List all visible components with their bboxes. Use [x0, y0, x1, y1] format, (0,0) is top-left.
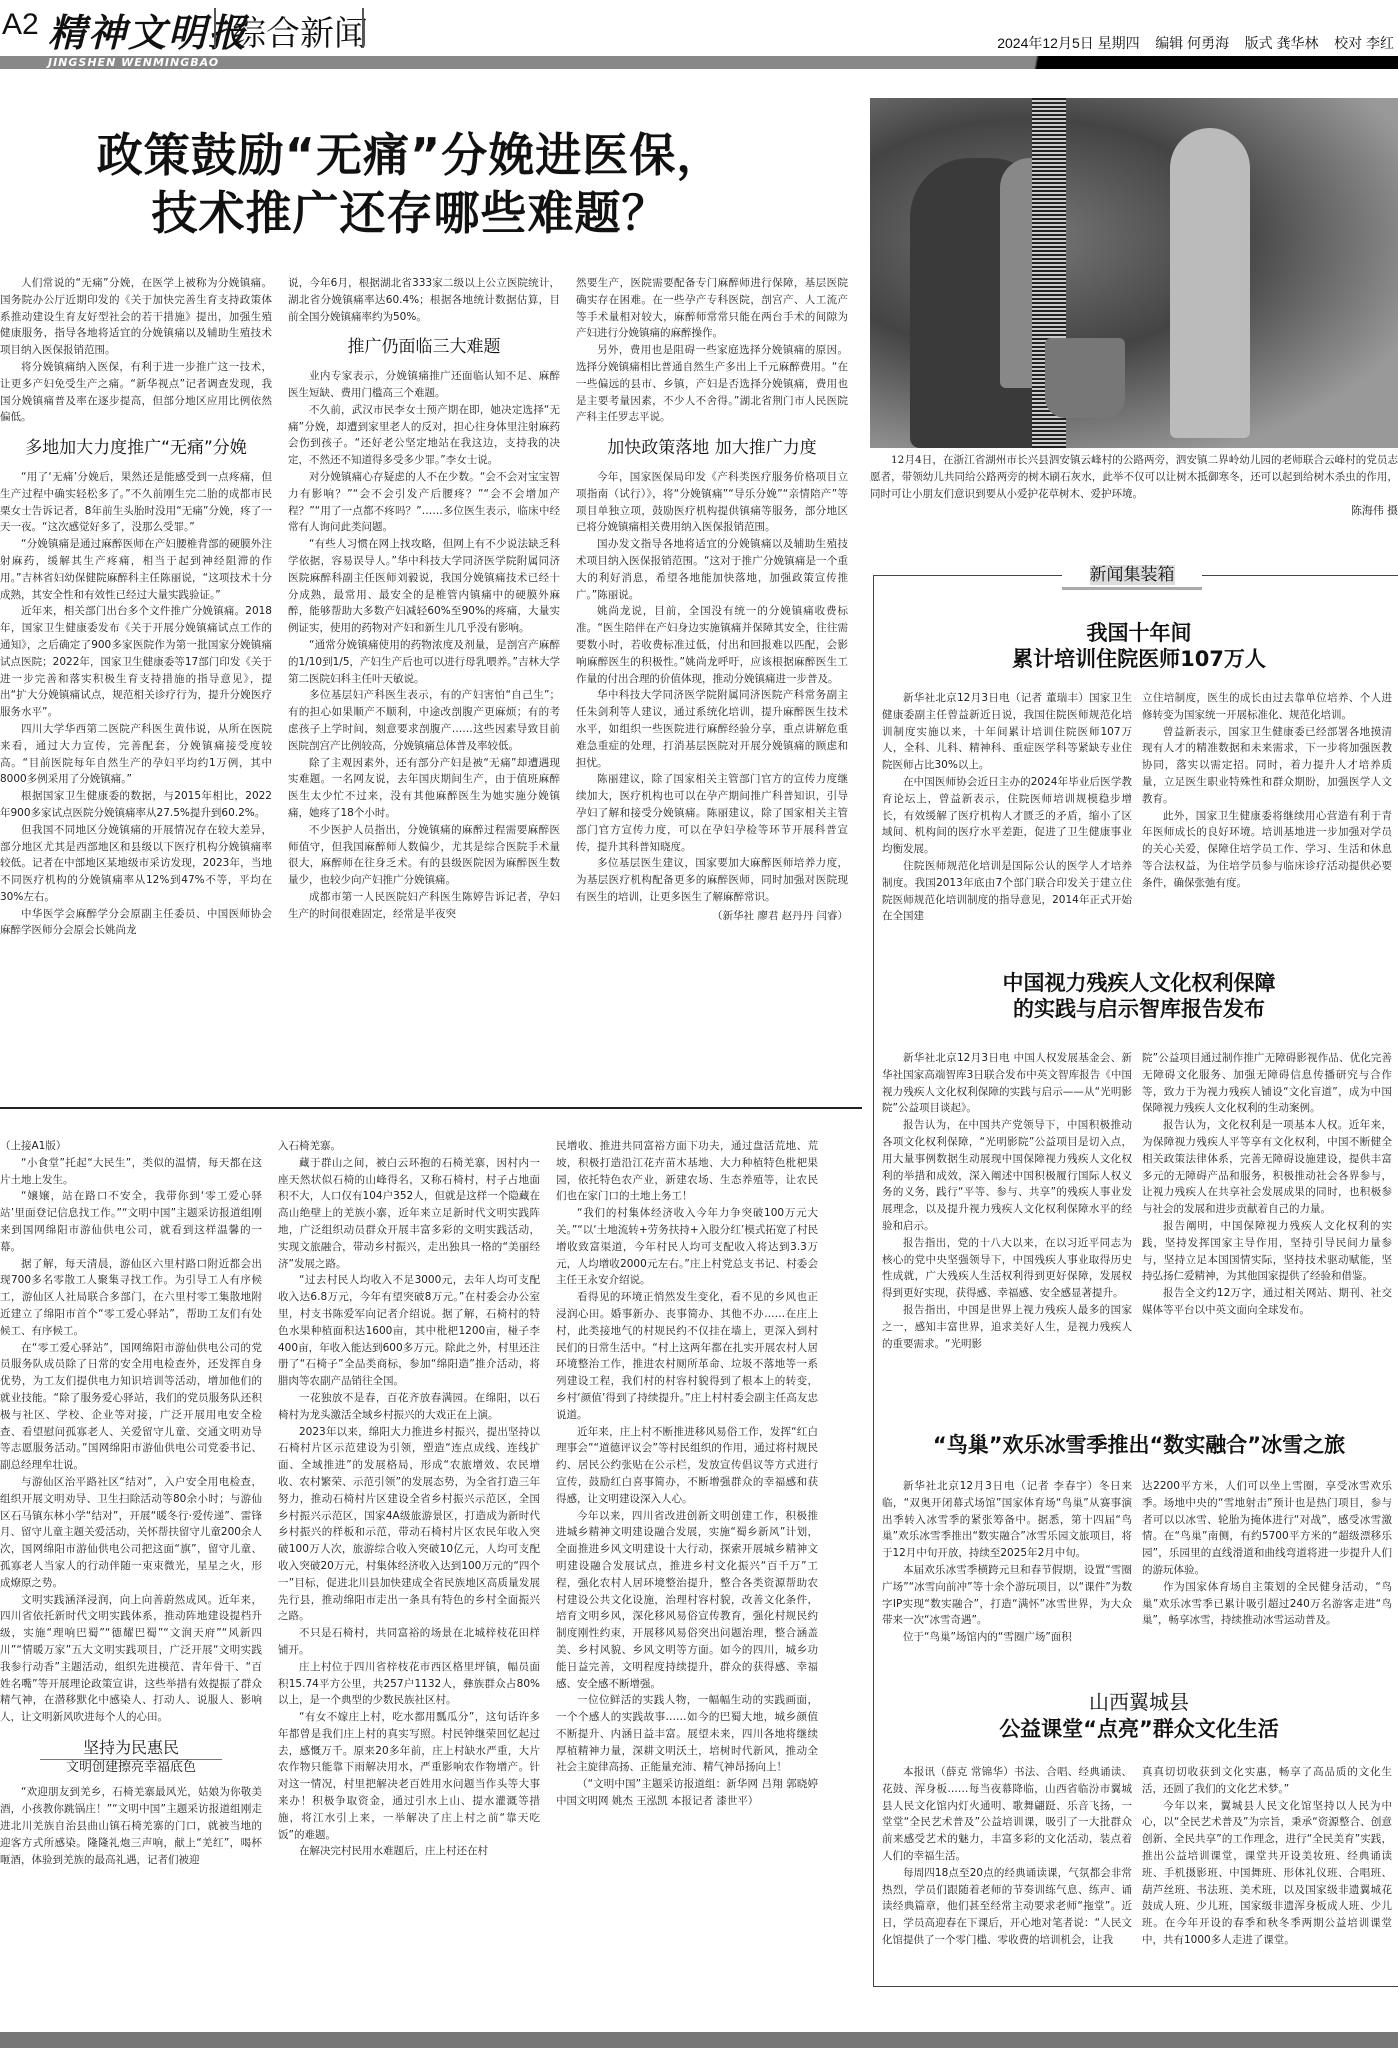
section-title: 综合新闻 — [232, 6, 368, 55]
photo-bucket — [1045, 338, 1125, 418]
news-box-label: 新闻集装箱 — [1062, 560, 1202, 590]
paragraph: 一花独放不是春，百花齐放春满园。在绵阳，以石椅村为龙头激活全域乡村振兴的大戏正在… — [278, 1390, 540, 1424]
box-article-4-title: 公益课堂“点亮”群众文化生活 — [880, 1716, 1398, 1742]
paragraph: 据了解，每天清晨，游仙区六里村路口附近都会出现700多名零散工人聚集寻找工作。为… — [0, 1256, 262, 1340]
paragraph: 新华社北京12月3日电 中国人权发展基金会、新华社国家高端智库3日联合发布中英文… — [882, 1050, 1132, 1117]
footer-bar — [0, 2032, 1398, 2048]
paragraph: “我们的村集体经济收入今年力争突破100万元大关。”“以‘土地流转+劳务扶持+入… — [556, 1205, 818, 1289]
paragraph: 今年以来，翼城县人民文化馆坚持以人民为中心，以“全民艺术普及”为宗旨，秉承“资源… — [1142, 1798, 1392, 1949]
box-article-4-col-1: 本报讯（薛克 常锦华）书法、合唱、经典诵读、花鼓、浑身板……每当夜幕降临，山西省… — [882, 1764, 1132, 1982]
paragraph: “有女不嫁庄上村，吃水都用瓢瓜分”，这句话许多年都曾是我们庄上村的真实写照。村民… — [278, 1709, 540, 1843]
title-line: 的实践与启示智库报告发布 — [880, 996, 1398, 1022]
box-article-1-col-1: 新华社北京12月3日电（记者 董瑞丰）国家卫生健康委副主任曾益新近日说，我国住院… — [882, 690, 1132, 960]
paragraph: 根据国家卫生健康委的数据，与2015年相比，2022年900多家试点医院分娩镇痛… — [0, 788, 272, 822]
paragraph: 多位基层妇产科医生表示，有的产妇害怕“自己生”；有的担心如果顺产不顺利，中途改剖… — [288, 687, 560, 754]
paragraph: 一位位鲜活的实践人物，一幅幅生动的实践画面，一个个感人的实践故事……如今的巴蜀大… — [556, 1692, 818, 1776]
title-line: 我国十年间 — [880, 620, 1398, 646]
section-divider — [0, 1107, 862, 1109]
newspaper-logo: 精神文明报 — [48, 2, 248, 57]
box-article-3-col-1: 新华社北京12月3日电（记者 李春宇）冬日来临，“双奥开闭幕式场馆”国家体育场“… — [882, 1478, 1132, 1678]
lead-column-3: 然要生产，医院需要配备专门麻醉师进行保障，基层医院确实存在困难。在一些孕产专科医… — [576, 275, 848, 1065]
paragraph: 将分娩镇痛纳入医保，有利于进一步推广这一技术，让更多产妇免受生产之痛。“新华视点… — [0, 359, 272, 426]
paragraph: 报告认为，文化权利是一项基本人权。近年来，为保障视力残疾人平等享有文化权利，中国… — [1142, 1117, 1392, 1218]
paragraph: 达2200平方米，人们可以坐上雪圈，享受冰雪欢乐季。场地中央的“雪地射击”预计也… — [1142, 1478, 1392, 1579]
paragraph: “欢迎朋友到羌乡，石椅羌寨最风光，姑娘为你敬美酒，小孩教你跳锅庄！”“文明中国”… — [0, 1784, 262, 1868]
paragraph: 陈丽建议，除了国家相关主管部门官方的宣传力度继续加大，医疗机构也可以在孕产期间推… — [576, 771, 848, 855]
article-byline: （新华社 廖君 赵丹丹 闫睿） — [576, 908, 848, 925]
box-article-3-col-2: 达2200平方米，人们可以坐上雪圈，享受冰雪欢乐季。场地中央的“雪地射击”预计也… — [1142, 1478, 1392, 1678]
masthead-divider — [362, 8, 364, 48]
paragraph: 国办发文指导各地将适宜的分娩镇痛以及辅助生殖技术项目纳入医保报销范围。“这对于推… — [576, 536, 848, 603]
paragraph: 2023年以来，绵阳大力推进乡村振兴，提出坚持以石椅村片区示范建设为引领，塑造“… — [278, 1424, 540, 1626]
box-article-4-kicker: 山西翼城县 — [880, 1690, 1398, 1714]
lead-column-1: 人们常说的“无痛”分娩，在医学上被称为分娩镇痛。国务院办公厅近期印发的《关于加快… — [0, 275, 272, 1065]
subheading: 多地加大力度推广“无痛”分娩 — [0, 440, 272, 457]
paragraph: “分娩镇痛是通过麻醉医师在产妇腰椎背部的硬膜外注射麻药，缓解其生产疼痛，相当于起… — [0, 536, 272, 603]
paragraph: 不只是石椅村，共同富裕的场景在北城梓枝花田样铺开。 — [278, 1625, 540, 1659]
box-article-1-col-2: 立住培制度，医生的成长由过去靠单位培养、个人进修转变为国家统一开展标准化、规范化… — [1142, 690, 1392, 960]
paragraph: 新华社北京12月3日电（记者 李春宇）冬日来临，“双奥开闭幕式场馆”国家体育场“… — [882, 1478, 1132, 1562]
paragraph: 但我国不同地区分娩镇痛的开展情况存在较大差异，部分地区尤其是西部地区和县级以下医… — [0, 822, 272, 906]
paragraph: 四川大学华西第二医院产科医生黄伟说，从所在医院来看，通过大力宣传，完善配套，分娩… — [0, 721, 272, 788]
box-article-3-title: “鸟巢”欢乐冰雪季推出“数实融合”冰雪之旅 — [880, 1432, 1398, 1458]
lead-headline: 政策鼓励“无痛”分娩进医保， 技术推广还存哪些难题？ — [60, 126, 760, 242]
paragraph: 真真切切收获到文化实惠，畅享了高品质的文化生活，还圆了我们的文化艺术梦。” — [1142, 1764, 1392, 1798]
lower-column-2: 入石椅羌寨。 藏于群山之间，被白云环抱的石椅羌寨，因村内一座天然状似石椅的山峰得… — [278, 1138, 540, 2028]
layout-designer: 版式 龚华林 — [1245, 35, 1319, 51]
subheading: 推广仍面临三大难题 — [288, 339, 560, 356]
paragraph: 每周四18点至20点的经典诵读课，气氛都会非常热烈，学员们跟随着老师的节奏训练气… — [882, 1865, 1132, 1949]
continued-from-label: （上接A1版） — [0, 1138, 262, 1155]
box-article-4-col-2: 真真切切收获到文化实惠，畅享了高品质的文化生活，还圆了我们的文化艺术梦。” 今年… — [1142, 1764, 1392, 1982]
masthead-divider — [214, 8, 216, 48]
paragraph: 藏于群山之间，被白云环抱的石椅羌寨，因村内一座天然状似石椅的山峰得名，又称石椅村… — [278, 1155, 540, 1273]
paragraph: 作为国家体育场自主策划的全民健身活动，“鸟巢”欢乐冰雪季已累计吸引超过240万名… — [1142, 1579, 1392, 1629]
paragraph: “过去村民人均收入不足3000元，去年人均可支配收入达6.8万元，今年有望突破8… — [278, 1272, 540, 1390]
box-article-2-title: 中国视力残疾人文化权利保障 的实践与启示智库报告发布 — [880, 970, 1398, 1022]
photo-caption: 12月4日，在浙江省湖州市长兴县泗安镇云峰村的公路两旁，泗安镇二界岭幼儿园的老师… — [870, 452, 1398, 520]
paragraph: 院”公益项目通过制作推广无障碍影视作品、优化完善无障碍文化服务、加强无障碍信息传… — [1142, 1050, 1392, 1117]
paragraph: 新华社北京12月3日电（记者 董瑞丰）国家卫生健康委副主任曾益新近日说，我国住院… — [882, 690, 1132, 774]
paragraph: 另外，费用也是阻碍一些家庭选择分娩镇痛的原因。选择分娩镇痛相比普通自然生产多出上… — [576, 342, 848, 426]
paragraph: 不少医护人员指出，分娩镇痛的麻醉过程需要麻醉医师值守，但我国麻醉师人数偏少，尤其… — [288, 822, 560, 889]
photo-credit: 陈海伟 摄 — [870, 503, 1398, 520]
editor: 编辑 何勇海 — [1155, 35, 1229, 51]
paragraph: 报告全文约12万字，通过相关网站、期刊、社交媒体等平台以中英文面向全球发布。 — [1142, 1285, 1392, 1319]
paragraph: 说，今年6月，根据湖北省333家二级以上公立医院统计，湖北省分娩镇痛率达60.4… — [288, 275, 560, 325]
paragraph: 姚尚龙说，目前，全国没有统一的分娩镇痛收费标准。“医生陪伴在产妇身边实施镇痛并保… — [576, 603, 848, 687]
paragraph: 入石椅羌寨。 — [278, 1138, 540, 1155]
paragraph: 多位基层医生建议，国家要加大麻醉医师培养力度，为基层医疗机构配备更多的麻醉医师，… — [576, 855, 848, 905]
paragraph: 与游仙区治平路社区“结对”，入户安全用电检查，组织开展文明劝导、卫生扫除活动等8… — [0, 1474, 262, 1592]
paragraph: “通常分娩镇痛使用的药物浓度及剂量，是剖宫产麻醉的1/10到1/5，产妇生产后也… — [288, 637, 560, 687]
paragraph: 华中科技大学同济医学院附属同济医院产科常务副主任朱剑利等人建议，通过系统化培训，… — [576, 687, 848, 771]
paragraph: 民增收、推进共同富裕方面下功夫，通过盘活荒地、荒坡，积极打造沿江花卉苗木基地、大… — [556, 1138, 818, 1205]
paragraph: 中华医学会麻醉学分会原副主任委员、中国医师协会麻醉学医师分会原会长姚尚龙 — [0, 906, 272, 940]
paragraph: 庄上村位于四川省梓枝花市西区格里坪镇，幅员面积15.74平方公里，共257户11… — [278, 1659, 540, 1709]
masthead: A2 精神文明报 综合新闻 2024年12月5日 星期四 编辑 何勇海 版式 龚… — [0, 0, 1398, 70]
news-box-label-text: 新闻集装箱 — [1090, 565, 1175, 585]
paragraph: 报告认为，在中国共产党领导下，中国积极推动各项文化权利保障，“光明影院”公益项目… — [882, 1117, 1132, 1235]
lower-column-1: （上接A1版） “小食堂”托起“大民生”，类似的温情，每天都在这片土地上发生。 … — [0, 1138, 262, 2028]
paragraph: 立住培制度，医生的成长由过去靠单位培养、个人进修转变为国家统一开展标准化、规范化… — [1142, 690, 1392, 724]
paragraph: 在解决完村民用水难题后，庄上村还在村 — [278, 1843, 540, 1860]
sub-subheading: 文明创建擦亮幸福底色 — [40, 1759, 222, 1777]
paragraph: 然要生产，医院需要配备专门麻醉师进行保障，基层医院确实存在困难。在一些孕产专科医… — [576, 275, 848, 342]
paragraph: “有些人习惯在网上找攻略，但网上有不少说法缺乏科学依据，容易误导人。”华中科技大… — [288, 536, 560, 637]
paragraph: 业内专家表示，分娩镇痛推广还面临认知不足、麻醉医生短缺、费用门槛高三个难题。 — [288, 368, 560, 402]
paragraph: 近年来，相关部门出台多个文件推广分娩镇痛。2018年，国家卫生健康委发布《关于开… — [0, 603, 272, 721]
paragraph: 曾益新表示，国家卫生健康委已经部署各地摸清现有人才的精准数据和未来需求，下一步将… — [1142, 724, 1392, 808]
paragraph: 对分娩镇痛心存疑虑的人不在少数。“会不会对宝宝智力有影响？”“会不会引发产后腰疼… — [288, 469, 560, 536]
paragraph: 近年来，庄上村不断推进移风易俗工作，发挥“红白理事会”“道德评议会”等村民组织的… — [556, 1424, 818, 1508]
paragraph: 除了主观因素外，还有部分产妇是被“无痛”却遭遇现实难题。一名网友说，去年国庆期间… — [288, 755, 560, 822]
title-line: 中国视力残疾人文化权利保障 — [880, 970, 1398, 996]
paragraph: 本报讯（薛克 常锦华）书法、合唱、经典诵读、花鼓、浑身板……每当夜幕降临，山西省… — [882, 1764, 1132, 1865]
photo-figure — [1170, 128, 1250, 438]
subheading: 坚持为民惠民 — [0, 1740, 262, 1757]
paragraph: 文明实践涵泽浸润，向上向善蔚然成风。近年来，四川省依托新时代文明实践体系，推动阵… — [0, 1592, 262, 1726]
lower-column-3: 民增收、推进共同富裕方面下功夫，通过盘活荒地、荒坡，积极打造沿江花卉苗木基地、大… — [556, 1138, 818, 2028]
proofreader: 校对 李红 — [1334, 35, 1394, 51]
paragraph: “用了‘无痛’分娩后，果然还是能感受到一点疼痛，但生产过程中确实轻松多了。”不久… — [0, 469, 272, 536]
page-number: A2 — [2, 8, 39, 42]
paragraph: 今年以来，四川省改进创新文明创建工作，积极推进城乡精神文明建设融合发展，实施“蜀… — [556, 1508, 818, 1693]
paragraph: 报告指出，中国是世界上视力残疾人最多的国家之一，感知丰富世界，追求美好人生，是视… — [882, 1302, 1132, 1352]
news-photo — [870, 98, 1398, 448]
headline-line: 技术推广还存哪些难题？ — [60, 184, 760, 242]
headline-line: 政策鼓励“无痛”分娩进医保， — [60, 126, 760, 184]
paragraph: 报告指出，党的十八大以来，在以习近平同志为核心的党中央坚强领导下，中国残疾人事业… — [882, 1235, 1132, 1302]
title-line: 累计培训住院医师107万人 — [880, 646, 1398, 672]
paragraph: “嬢嬢，站在路口不安全，我带你到‘零工爱心驿站’里面登记信息找工作。”“文明中国… — [0, 1188, 262, 1255]
paragraph: 今年，国家医保局印发《产科类医疗服务价格项目立项指南（试行）》，将“分娩镇痛”“… — [576, 469, 848, 536]
paragraph: 本届欢乐冰雪季横跨元旦和春节假期，设置“雪圈广场”“冰雪向前冲”等十余个游玩项目… — [882, 1562, 1132, 1629]
paragraph: 成都市第一人民医院妇产科医生陈婷告诉记者，孕妇生产的时间很难固定，经常是半夜突 — [288, 889, 560, 923]
paragraph: 在中国医师协会近日主办的2024年毕业后医学教育论坛上，曾益新表示，住院医师培训… — [882, 774, 1132, 858]
caption-text: 12月4日，在浙江省湖州市长兴县泗安镇云峰村的公路两旁，泗安镇二界岭幼儿园的老师… — [870, 454, 1398, 500]
paragraph: 报告阐明，中国保障视力残疾人文化权利的实践，坚持发挥国家主导作用，坚持引导民间力… — [1142, 1218, 1392, 1285]
box-article-1-title: 我国十年间 累计培训住院医师107万人 — [880, 620, 1398, 672]
paragraph: “小食堂”托起“大民生”，类似的温情，每天都在这片土地上发生。 — [0, 1155, 262, 1189]
paragraph: （“文明中国”主题采访报道组：新华网 吕翔 郭晓婷 中国文明网 姚杰 王泓凯 本… — [556, 1776, 818, 1810]
paragraph: 不久前，武汉市民李女士预产期在即，她决定选择“无痛”分娩，却遭到家里老人的反对，… — [288, 402, 560, 469]
paragraph: 此外，国家卫生健康委将继续用心营造有利于青年医师成长的良好环境。培训基地进一步加… — [1142, 808, 1392, 892]
paragraph: 人们常说的“无痛”分娩，在医学上被称为分娩镇痛。国务院办公厅近期印发的《关于加快… — [0, 275, 272, 359]
paragraph: 看得见的环境正悄然发生变化，看不见的乡风也正浸润心田。婚事新办、丧事简办、其他不… — [556, 1289, 818, 1423]
issue-meta: 2024年12月5日 星期四 编辑 何勇海 版式 龚华林 校对 李红 — [997, 33, 1394, 53]
paragraph: 住院医师规范化培训是国际公认的医学人才培养制度。我国2013年底由7个部门联合印… — [882, 858, 1132, 925]
box-article-2-col-1: 新华社北京12月3日电 中国人权发展基金会、新华社国家高端智库3日联合发布中英文… — [882, 1050, 1132, 1420]
box-article-2-col-2: 院”公益项目通过制作推广无障碍影视作品、优化完善无障碍文化服务、加强无障碍信息传… — [1142, 1050, 1392, 1420]
issue-date: 2024年12月5日 星期四 — [997, 35, 1139, 51]
newspaper-pinyin: JINGSHEN WENMINGBAO — [48, 56, 219, 69]
paragraph: 在“零工爱心驿站”，国网绵阳市游仙供电公司的党员服务队成员除了日常的安全用电检查… — [0, 1340, 262, 1474]
lead-column-2: 说，今年6月，根据湖北省333家二级以上公立医院统计，湖北省分娩镇痛率达60.4… — [288, 275, 560, 1065]
subheading: 加快政策落地 加大推广力度 — [576, 440, 848, 457]
paragraph: 位于“鸟巢”场馆内的“雪圈广场”面积 — [882, 1629, 1132, 1646]
